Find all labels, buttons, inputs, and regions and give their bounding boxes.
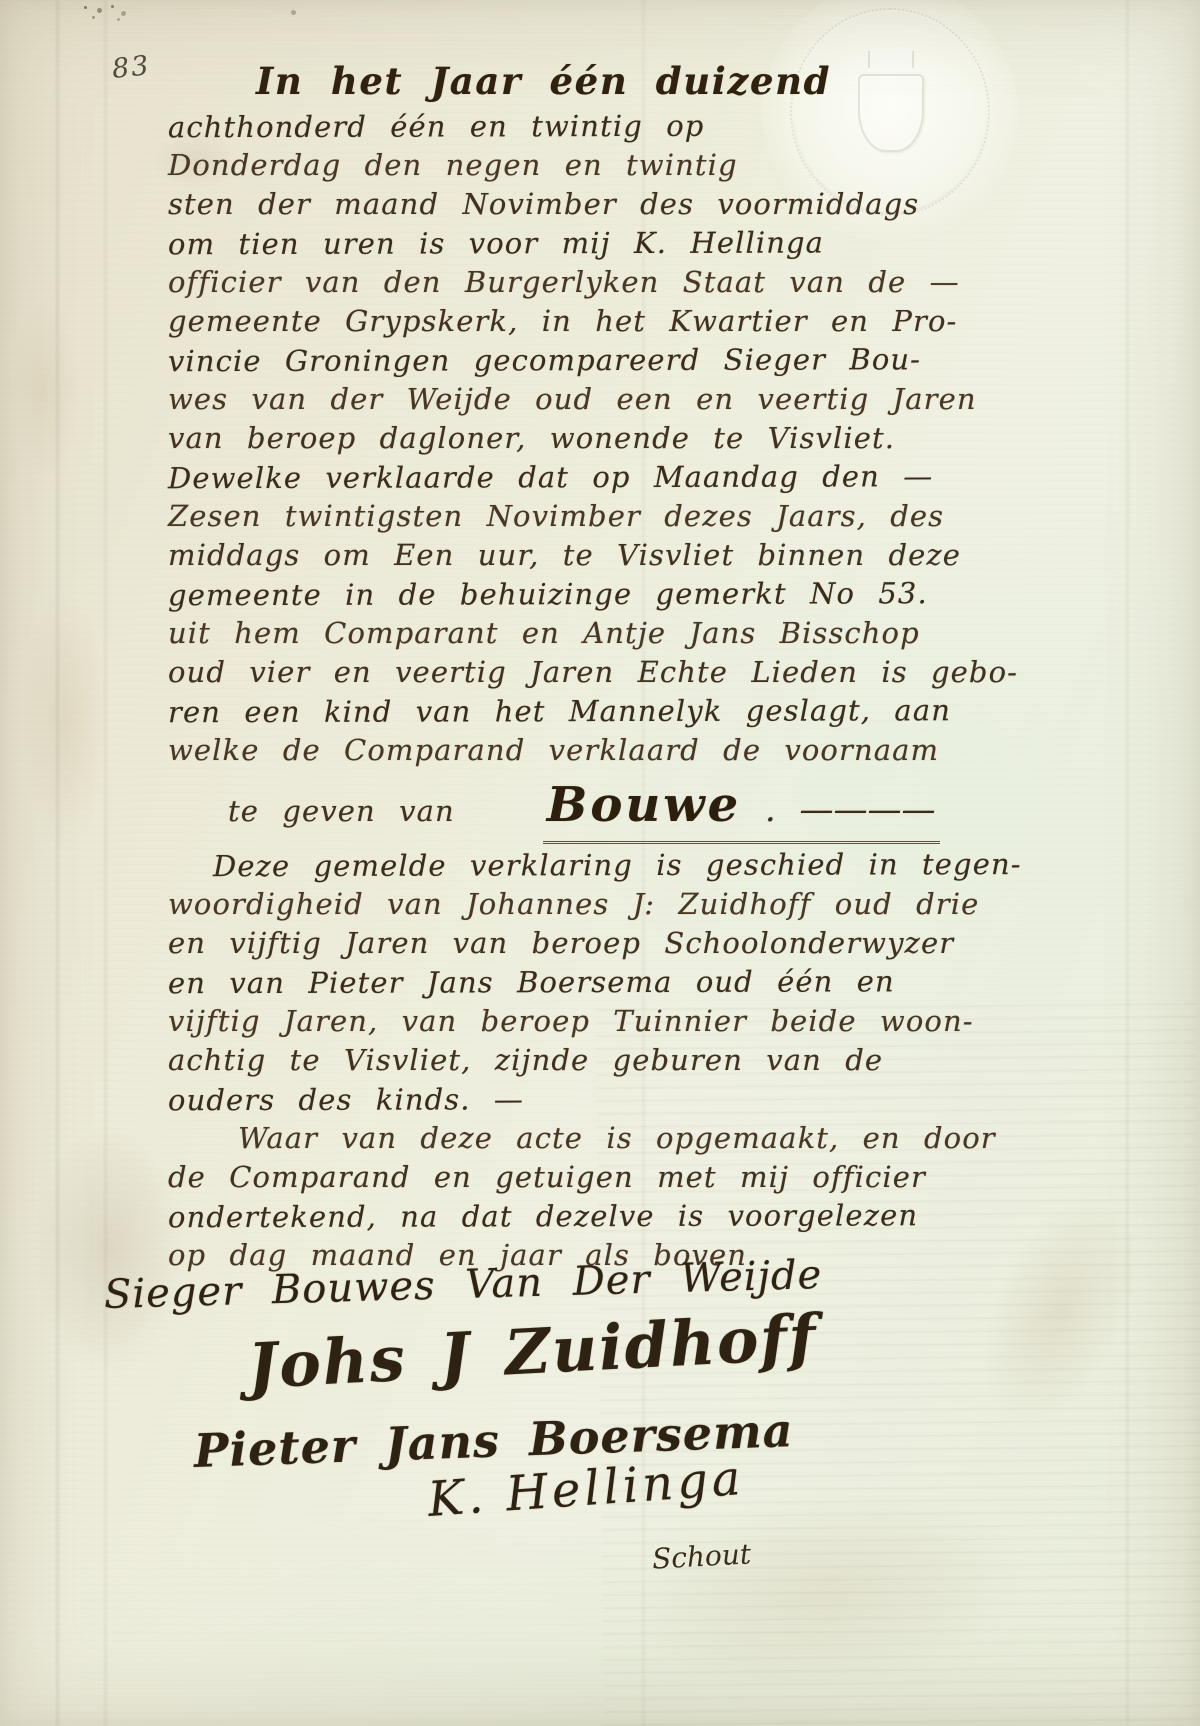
manuscript-line: woordigheid van Johannes J: Zuidhoff oud… bbox=[168, 885, 1098, 924]
stain bbox=[30, 1120, 190, 1380]
manuscript-line: achthonderd één en twintig op bbox=[168, 106, 1098, 147]
manuscript-line: Donderdag den negen en twintig bbox=[168, 146, 1098, 185]
manuscript-page: 83 In het Jaar één duizend achthonderd é… bbox=[0, 0, 1200, 1726]
manuscript-body: In het Jaar één duizend achthonderd één … bbox=[168, 55, 1098, 1275]
fold-crease bbox=[1126, 0, 1129, 1726]
manuscript-line: wes van der Weijde oud een en veertig Ja… bbox=[168, 380, 1098, 419]
stain bbox=[20, 590, 110, 850]
manuscript-line: ouders des kinds. — bbox=[168, 1079, 1098, 1120]
manuscript-line: Zesen twintigsten Novimber dezes Jaars, … bbox=[168, 497, 1098, 536]
manuscript-line: In het Jaar één duizend bbox=[256, 55, 1098, 107]
manuscript-line: middags om Een uur, te Visvliet binnen d… bbox=[168, 536, 1098, 575]
name-line-flourish: . ———— bbox=[741, 790, 935, 830]
manuscript-line: oud vier en veertig Jaren Echte Lieden i… bbox=[168, 653, 1098, 692]
manuscript-line: gemeente Grypskerk, in het Kwartier en P… bbox=[168, 302, 1098, 341]
manuscript-line: officier van den Burgerlyken Staat van d… bbox=[168, 263, 1098, 302]
manuscript-line: om tien uren is voor mij K. Hellinga bbox=[168, 223, 1098, 264]
child-name-line: te geven vanBouwe . ———— bbox=[228, 776, 1098, 846]
manuscript-line: Dewelke verklaarde dat op Maandag den — bbox=[168, 457, 1098, 498]
manuscript-line: welke de Comparand verklaard de voornaam bbox=[168, 731, 1098, 770]
signature-official-title: Schout bbox=[651, 1537, 752, 1575]
manuscript-line: de Comparand en getuigen met mij officie… bbox=[168, 1158, 1098, 1197]
manuscript-line: en van Pieter Jans Boersema oud één en bbox=[168, 962, 1098, 1003]
name-line-prefix: te geven van bbox=[228, 794, 455, 828]
manuscript-line: gemeente in de behuizinge gemerkt No 53. bbox=[168, 574, 1098, 615]
manuscript-line: van beroep dagloner, wonende te Visvliet… bbox=[168, 419, 1098, 458]
manuscript-line: vijftig Jaren, van beroep Tuinnier beide… bbox=[168, 1002, 1098, 1041]
ink-speckles bbox=[84, 6, 87, 9]
manuscript-line: ondertekend, na dat dezelve is voorgelez… bbox=[168, 1196, 1098, 1237]
manuscript-line: sten der maand Novimber des voormiddags bbox=[168, 185, 1098, 224]
fold-crease bbox=[104, 0, 107, 1726]
child-name: Bouwe bbox=[547, 777, 741, 833]
stain bbox=[10, 300, 80, 480]
manuscript-line: achtig te Visvliet, zijnde geburen van d… bbox=[168, 1041, 1098, 1080]
signature-witness-1: Johs J Zuidhoff bbox=[246, 1300, 819, 1403]
child-name-underline: Bouwe . ———— bbox=[543, 776, 940, 844]
act-number: 83 bbox=[110, 50, 151, 85]
manuscript-line: ren een kind van het Mannelyk geslagt, a… bbox=[168, 691, 1098, 732]
manuscript-line: vincie Groningen gecompareerd Sieger Bou… bbox=[168, 340, 1098, 381]
manuscript-line: uit hem Comparant en Antje Jans Bisschop bbox=[168, 614, 1098, 653]
manuscript-line: en vijftig Jaren van beroep Schoolonderw… bbox=[168, 924, 1098, 963]
manuscript-line: Deze gemelde verklaring is geschied in t… bbox=[213, 845, 1098, 886]
fold-crease bbox=[56, 0, 59, 1726]
manuscript-line: Waar van deze acte is opgemaakt, en door bbox=[238, 1119, 1098, 1158]
